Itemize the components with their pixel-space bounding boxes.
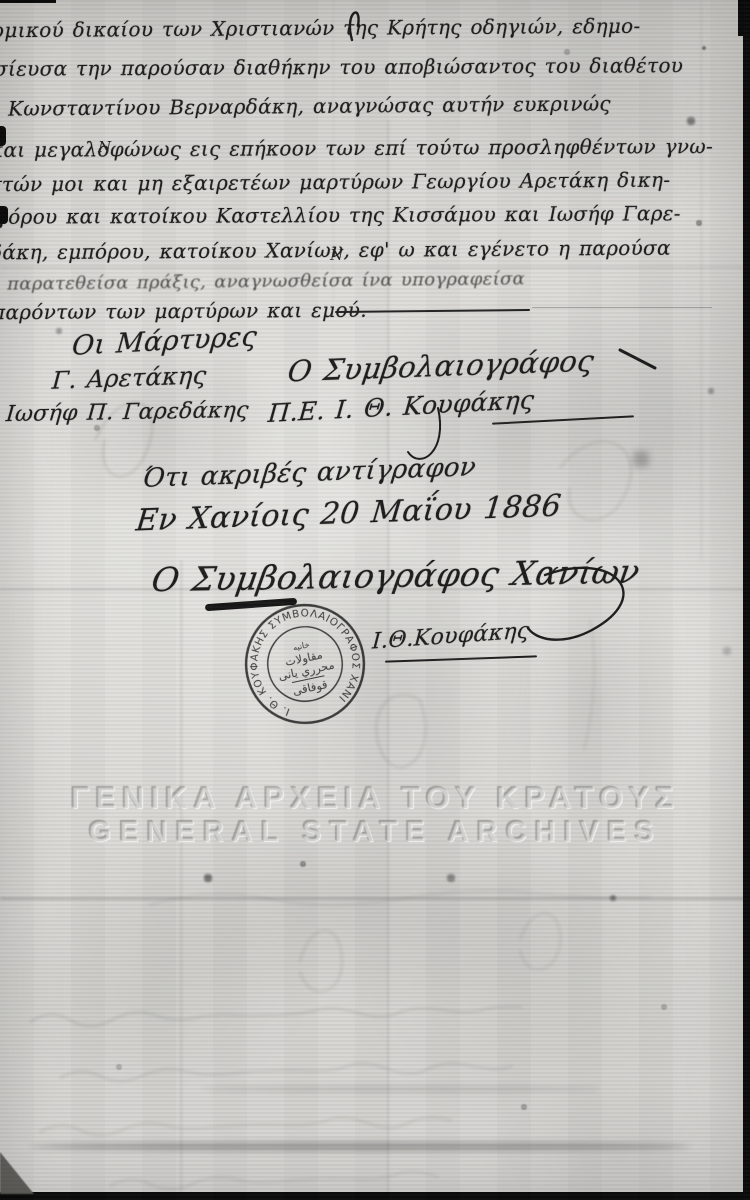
scan-vignette <box>0 0 750 1200</box>
scanned-document-page: ομικού δικαίου των Χριστιανών της Κρήτης… <box>0 0 750 1200</box>
